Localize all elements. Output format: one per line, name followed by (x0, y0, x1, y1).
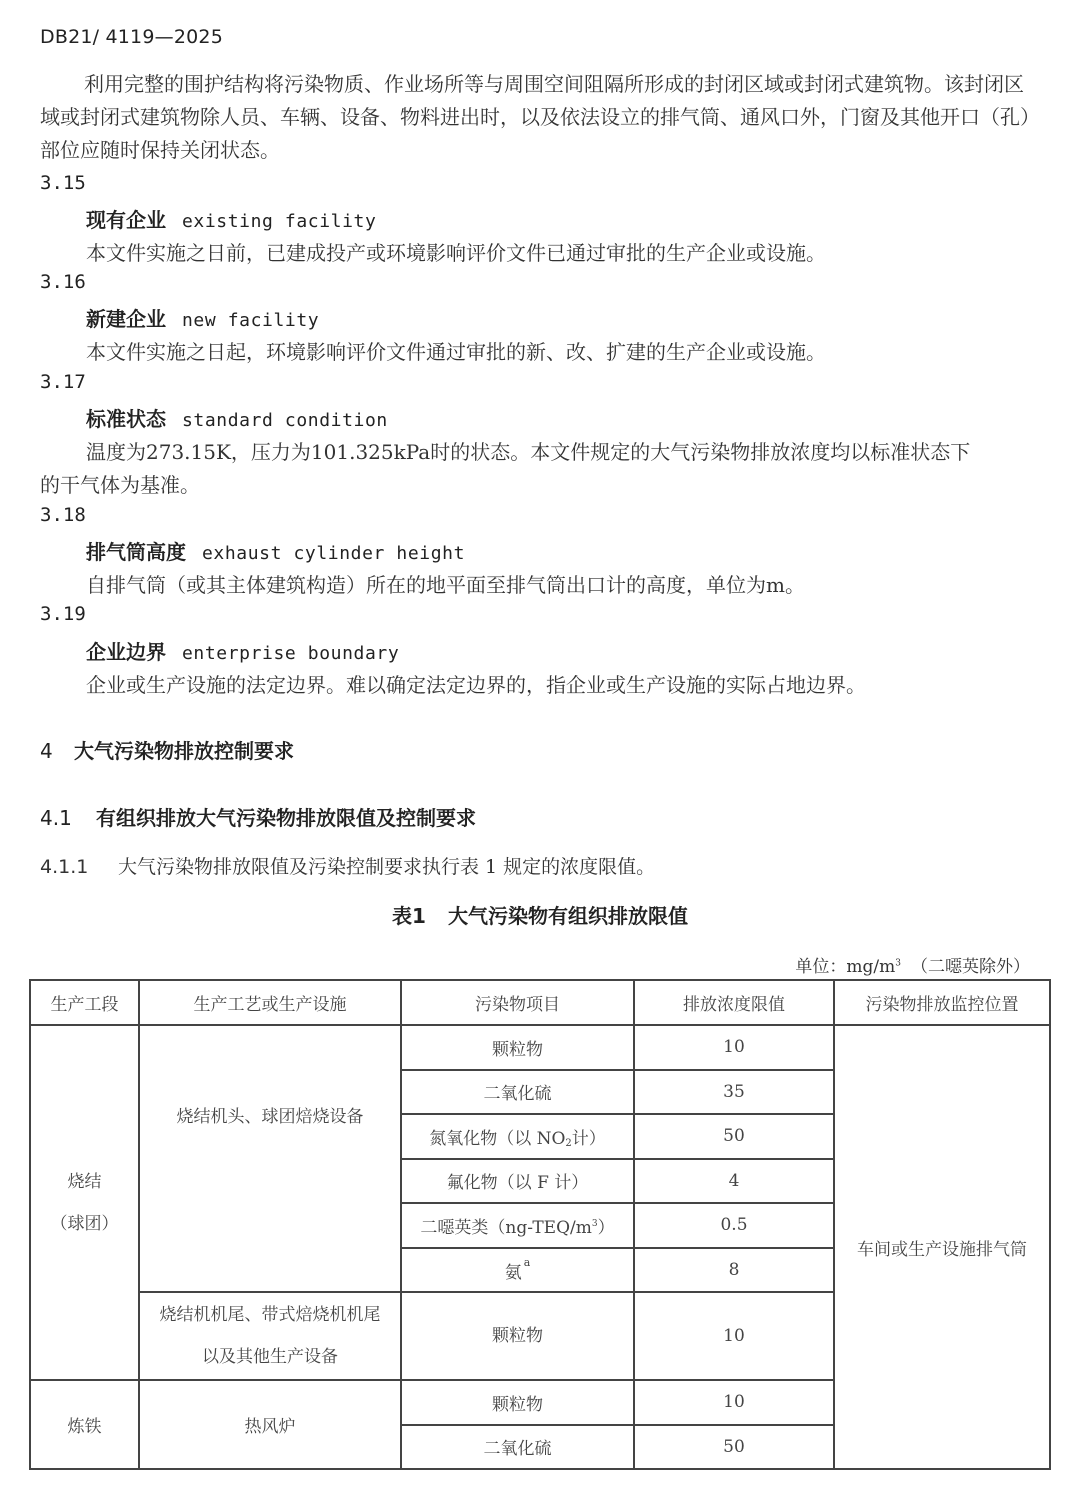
clause-number-3-18: 3.18 (40, 504, 86, 526)
pollutant-cell: 二噁英类（ng-TEQ/m3） (401, 1203, 634, 1248)
unit-prefix: 单位：mg/m (795, 957, 895, 977)
term-en: exhaust cylinder height (202, 543, 465, 564)
pollutant-text: ） (598, 1218, 615, 1238)
term-zh: 现有企业 (86, 208, 166, 232)
pollutant-cell: 氮氧化物（以 NO2计） (401, 1114, 634, 1159)
term-zh: 企业边界 (86, 640, 166, 664)
process-name: 烧结机头、球团焙烧设备 (177, 1107, 364, 1127)
clause-number-3-15: 3.15 (40, 172, 86, 194)
document-id: DB21/ 4119—2025 (40, 26, 223, 48)
pollutant-text: 氮氧化物（以 NO (429, 1129, 565, 1149)
stage-ironmaking: 炼铁 (30, 1380, 139, 1469)
section-4-heading: 4大气污染物排放控制要求 (40, 735, 294, 764)
pollutant-text: 二噁英类（ng-TEQ/m (420, 1218, 592, 1238)
limit-cell: 10 (634, 1380, 834, 1425)
process-sinter-head: 烧结机头、球团焙烧设备 (139, 1025, 401, 1292)
clause-number-3-17: 3.17 (40, 371, 86, 393)
section-number: 4 (40, 739, 74, 763)
definition-exhaust-cylinder-height: 自排气筒（或其主体建筑构造）所在的地平面至排气筒出口计的高度，单位为m。 (86, 569, 805, 598)
pollutant-cell: 颗粒物 (401, 1025, 634, 1070)
term-standard-condition: 标准状态standard condition (86, 403, 388, 432)
limit-cell: 8 (634, 1248, 834, 1293)
term-zh: 标准状态 (86, 407, 166, 431)
emission-limits-table: 生产工段 生产工艺或生产设施 污染物项目 排放浓度限值 污染物排放监控位置 烧结… (29, 979, 1051, 1470)
section-number: 4.1.1 (40, 856, 118, 878)
intro-paragraph: 利用完整的围护结构将污染物质、作业场所等与周围空间阻隔所形成的封闭区域或封闭式建… (40, 68, 1040, 167)
process-name-line1: 烧结机机尾、带式焙烧机机尾 (140, 1294, 400, 1336)
stage-sintering: 烧结 （球团） (30, 1025, 139, 1380)
stage-name: 烧结 (31, 1161, 138, 1203)
term-exhaust-cylinder-height: 排气筒高度exhaust cylinder height (86, 536, 465, 565)
table-unit-note: 单位：mg/m3（二噁英除外） (795, 952, 1030, 977)
clause-number-3-19: 3.19 (40, 603, 86, 625)
intro-text: 利用完整的围护结构将污染物质、作业场所等与周围空间阻隔所形成的封闭区域或封闭式建… (40, 72, 1040, 162)
pollutant-text: 氨 (505, 1263, 522, 1283)
term-en: existing facility (182, 211, 376, 232)
pollutant-cell: 氟化物（以 F 计） (401, 1159, 634, 1204)
pollutant-cell: 二氧化硫 (401, 1070, 634, 1115)
table-number: 表1 (392, 904, 426, 928)
pollutant-cell: 颗粒物 (401, 1292, 634, 1380)
term-en: new facility (182, 310, 319, 331)
pollutant-cell: 氨a (401, 1248, 634, 1293)
monitor-location-cell: 车间或生产设施排气筒 (834, 1025, 1050, 1469)
header-limit: 排放浓度限值 (634, 980, 834, 1025)
table-caption: 大气污染物有组织排放限值 (448, 904, 688, 928)
limit-cell: 4 (634, 1159, 834, 1204)
process-sinter-tail: 烧结机机尾、带式焙烧机机尾 以及其他生产设备 (139, 1292, 401, 1380)
clause-number-3-16: 3.16 (40, 271, 86, 293)
limit-cell: 10 (634, 1292, 834, 1380)
pollutant-cell: 二氧化硫 (401, 1425, 634, 1470)
term-enterprise-boundary: 企业边界enterprise boundary (86, 636, 399, 665)
term-en: enterprise boundary (182, 643, 399, 664)
section-4-1-1-text: 4.1.1大气污染物排放限值及污染控制要求执行表 1 规定的浓度限值。 (40, 852, 655, 879)
pollutant-cell: 颗粒物 (401, 1380, 634, 1425)
definition-standard-condition-line2: 的干气体为基准。 (40, 469, 200, 498)
footnote-marker: a (524, 1256, 531, 1269)
unit-suffix: （二噁英除外） (911, 957, 1030, 977)
header-process: 生产工艺或生产设施 (139, 980, 401, 1025)
header-pollutant: 污染物项目 (401, 980, 634, 1025)
section-text: 大气污染物排放限值及污染控制要求执行表 1 规定的浓度限值。 (118, 856, 655, 878)
term-new-facility: 新建企业new facility (86, 303, 319, 332)
definition-existing-facility: 本文件实施之日前，已建成投产或环境影响评价文件已通过审批的生产企业或设施。 (86, 237, 826, 266)
limit-cell: 50 (634, 1114, 834, 1159)
section-number: 4.1 (40, 806, 96, 830)
process-hot-blast-stove: 热风炉 (139, 1380, 401, 1469)
limit-cell: 50 (634, 1425, 834, 1470)
definition-standard-condition-line1: 温度为273.15K，压力为101.325kPa时的状态。本文件规定的大气污染物… (86, 436, 970, 465)
unit-sup: 3 (895, 958, 901, 968)
limit-cell: 0.5 (634, 1203, 834, 1248)
header-stage: 生产工段 (30, 980, 139, 1025)
term-existing-facility: 现有企业existing facility (86, 204, 376, 233)
table-row: 烧结 （球团） 烧结机头、球团焙烧设备 颗粒物 10 车间或生产设施排气筒 (30, 1025, 1050, 1070)
definition-new-facility: 本文件实施之日起，环境影响评价文件通过审批的新、改、扩建的生产企业或设施。 (86, 336, 826, 365)
pollutant-text: 计） (572, 1129, 606, 1149)
header-monitor-location: 污染物排放监控位置 (834, 980, 1050, 1025)
table-title: 表1大气污染物有组织排放限值 (0, 900, 1080, 929)
definition-enterprise-boundary: 企业或生产设施的法定边界。难以确定法定边界的，指企业或生产设施的实际占地边界。 (86, 669, 866, 698)
stage-subname: （球团） (31, 1203, 138, 1245)
limit-cell: 10 (634, 1025, 834, 1070)
section-title: 大气污染物排放控制要求 (74, 739, 294, 763)
term-zh: 新建企业 (86, 307, 166, 331)
term-zh: 排气筒高度 (86, 540, 186, 564)
limit-cell: 35 (634, 1070, 834, 1115)
section-4-1-heading: 4.1有组织排放大气污染物排放限值及控制要求 (40, 802, 476, 831)
table-header-row: 生产工段 生产工艺或生产设施 污染物项目 排放浓度限值 污染物排放监控位置 (30, 980, 1050, 1025)
section-title: 有组织排放大气污染物排放限值及控制要求 (96, 806, 476, 830)
term-en: standard condition (182, 410, 388, 431)
process-name-line2: 以及其他生产设备 (140, 1336, 400, 1378)
